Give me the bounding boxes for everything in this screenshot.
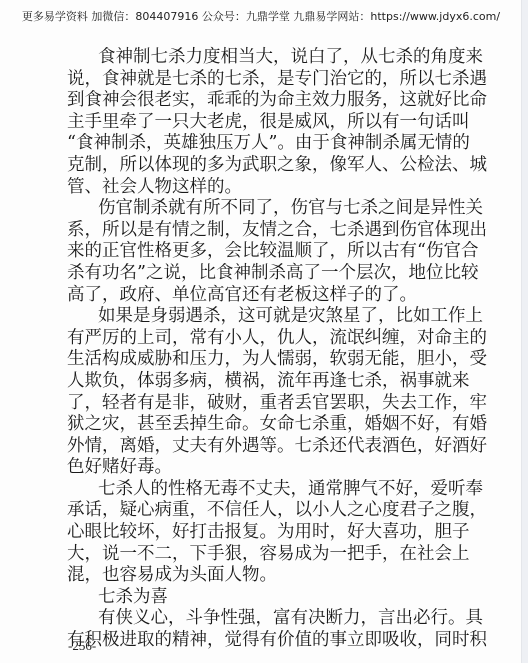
text-line: 到食神会很老实，乖乖的为命主效力服务，这就好比命 bbox=[67, 90, 431, 112]
text-line: 主手里牵了一只大老虎，很是威风，所以有一句话叫 bbox=[67, 112, 431, 134]
text-line: 了，轻者有是非，破财，重者丢官罢职，失去工作，牢 bbox=[67, 393, 431, 415]
text-line: 如果是身弱遇杀，这可就是灾煞星了，比如工作上 bbox=[67, 306, 431, 328]
text-line: 色好赌好毒。 bbox=[67, 457, 431, 479]
text-line: 狱之灾，甚至丢掉生命。女命七杀重，婚姻不好，有婚 bbox=[67, 414, 431, 436]
text-line: 有积极进取的精神，觉得有价值的事立即吸收，同时积 bbox=[67, 630, 431, 652]
text-line: “食神制杀，英雄独压万人”。由于食神制杀属无情的 bbox=[67, 133, 431, 155]
text-line: 外情，离婚，丈夫有外遇等。七杀还代表酒色，好酒好 bbox=[67, 436, 431, 458]
text-line: 克制，所以体现的多为武职之象，像军人、公检法、城 bbox=[67, 155, 431, 177]
text-line: 说，食神就是七杀的七杀，是专门治它的，所以七杀遇 bbox=[67, 69, 431, 91]
page-number: -256- bbox=[68, 638, 96, 654]
text-line: 管、社会人物这样的。 bbox=[67, 177, 431, 199]
text-line: 人欺负，体弱多病，横祸，流年再逢七杀，祸事就来 bbox=[67, 371, 431, 393]
text-line: 有严厉的上司，常有小人，仇人，流氓纠缠，对命主的 bbox=[67, 328, 431, 350]
watermark-header: 更多易学资料 加微信：804407916 公众号：九鼎学堂 九鼎易学网站：htt… bbox=[0, 8, 522, 24]
text-line: 心眼比较坏，好打击报复。为用时，好大喜功，胆子 bbox=[67, 522, 431, 544]
text-line: 伤官制杀就有所不同了，伤官与七杀之间是异性关 bbox=[67, 198, 431, 220]
text-line: 七杀人的性格无毒不丈夫，通常脾气不好，爱听奉 bbox=[67, 479, 431, 501]
text-line: 承话，疑心病重，不信任人，以小人之心度君子之腹， bbox=[67, 500, 431, 522]
document-page: 食神制七杀力度相当大，说白了，从七杀的角度来说，食神就是七杀的七杀，是专门治它的… bbox=[67, 47, 431, 652]
text-line: 大，说一不二，下手狠，容易成为一把手，在社会上 bbox=[67, 544, 431, 566]
text-line: 有侠义心，斗争性强，富有决断力，言出必行。具 bbox=[67, 608, 431, 630]
text-line: 系，所以是有情之制，友情之合，七杀遇到伤官体现出 bbox=[67, 220, 431, 242]
text-line: 七杀为喜 bbox=[67, 587, 431, 609]
vertical-scrollbar[interactable] bbox=[521, 0, 528, 663]
text-line: 杀有功名”之说，比食神制杀高了一个层次，地位比较 bbox=[67, 263, 431, 285]
text-line: 食神制七杀力度相当大，说白了，从七杀的角度来 bbox=[67, 47, 431, 69]
text-line: 生活构成威胁和压力，为人懦弱，软弱无能，胆小，受 bbox=[67, 349, 431, 371]
text-line: 来的正官性格更多，会比较温顺了，所以古有“伤官合 bbox=[67, 241, 431, 263]
text-line: 混，也容易成为头面人物。 bbox=[67, 565, 431, 587]
text-line: 高了，政府、单位高官还有老板这样子的了。 bbox=[67, 285, 431, 307]
